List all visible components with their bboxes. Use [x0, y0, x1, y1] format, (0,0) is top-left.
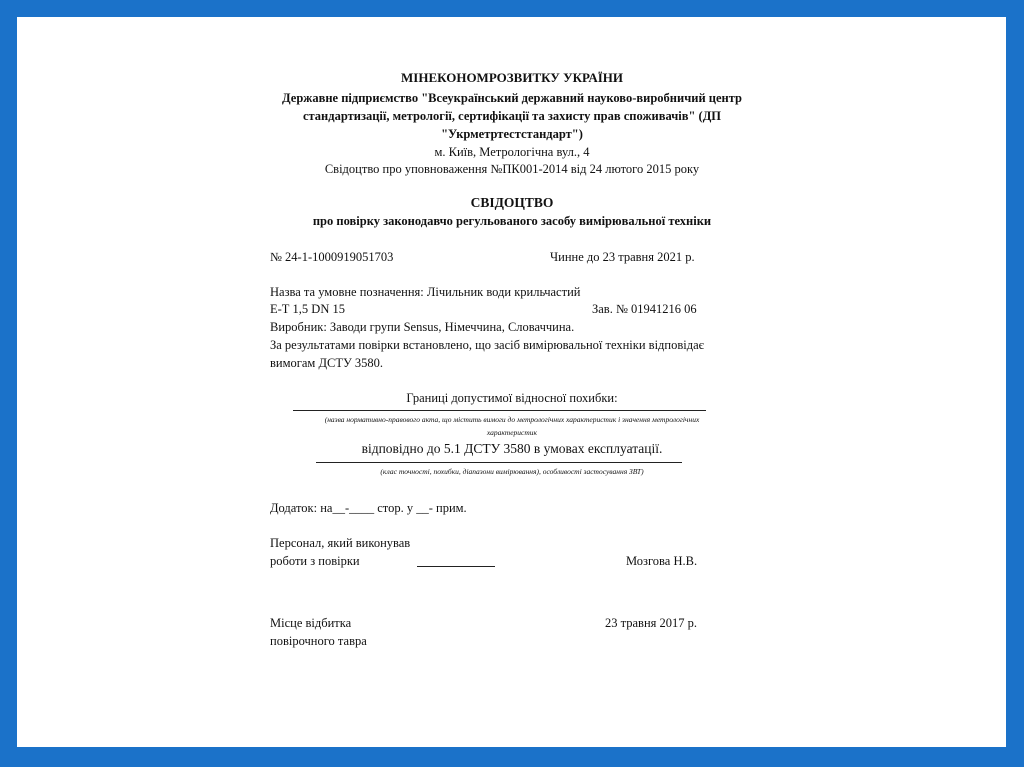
- limits-rule-1: [293, 410, 706, 411]
- stamp-label-1: Місце відбитка: [270, 615, 351, 631]
- limits-note-1-line-2: характеристик: [0, 428, 1024, 438]
- personnel-label-1: Персонал, який виконував: [270, 535, 410, 551]
- enterprise-line-1: Державне підприємство "Всеукраїнський де…: [0, 90, 1024, 106]
- stamp-label-2: повірочного тавра: [270, 633, 367, 649]
- valid-until: Чинне до 23 травня 2021 р.: [550, 249, 695, 265]
- device-name: Назва та умовне позначення: Лічильник во…: [270, 284, 580, 300]
- result-line-1: За результатами повірки встановлено, що …: [270, 337, 704, 353]
- certificate-title: СВІДОЦТВО: [0, 195, 1024, 211]
- limits-heading: Границі допустимої відносної похибки:: [0, 390, 1024, 406]
- signature-line: [417, 566, 495, 567]
- limits-note-2: (клас точності, похибки, діапазони вимір…: [0, 467, 1024, 477]
- address: м. Київ, Метрологічна вул., 4: [0, 144, 1024, 160]
- device-model: Е-Т 1,5 DN 15: [270, 301, 345, 317]
- manufacturer: Виробник: Заводи групи Sensus, Німеччина…: [270, 319, 574, 335]
- result-line-2: вимогам ДСТУ 3580.: [270, 355, 383, 371]
- enterprise-line-3: "Укрметртестстандарт"): [0, 126, 1024, 142]
- limits-note-1-line-1: (назва нормативно-правового акта, що міс…: [0, 415, 1024, 425]
- limits-rule-2: [316, 462, 682, 463]
- authorization-line: Свідоцтво про уповноваження №ПК001-2014 …: [0, 161, 1024, 177]
- personnel-label-2: роботи з повірки: [270, 553, 360, 569]
- verifier-name: Мозгова Н.В.: [626, 553, 697, 569]
- ministry-heading: МІНЕКОНОМРОЗВИТКУ УКРАЇНИ: [0, 70, 1024, 86]
- certificate-number: № 24-1-1000919051703: [270, 249, 393, 265]
- certificate-subtitle: про повірку законодавчо регульованого за…: [0, 213, 1024, 229]
- certificate-document: МІНЕКОНОМРОЗВИТКУ УКРАЇНИ Державне підпр…: [0, 0, 1024, 767]
- appendix-line: Додаток: на__-____ стор. у __- прим.: [270, 500, 467, 516]
- serial-number: Зав. № 01941216 06: [592, 301, 697, 317]
- issue-date: 23 травня 2017 р.: [605, 615, 697, 631]
- enterprise-line-2: стандартизації, метрології, сертифікації…: [0, 108, 1024, 124]
- limits-value: відповідно до 5.1 ДСТУ 3580 в умовах екс…: [0, 441, 1024, 457]
